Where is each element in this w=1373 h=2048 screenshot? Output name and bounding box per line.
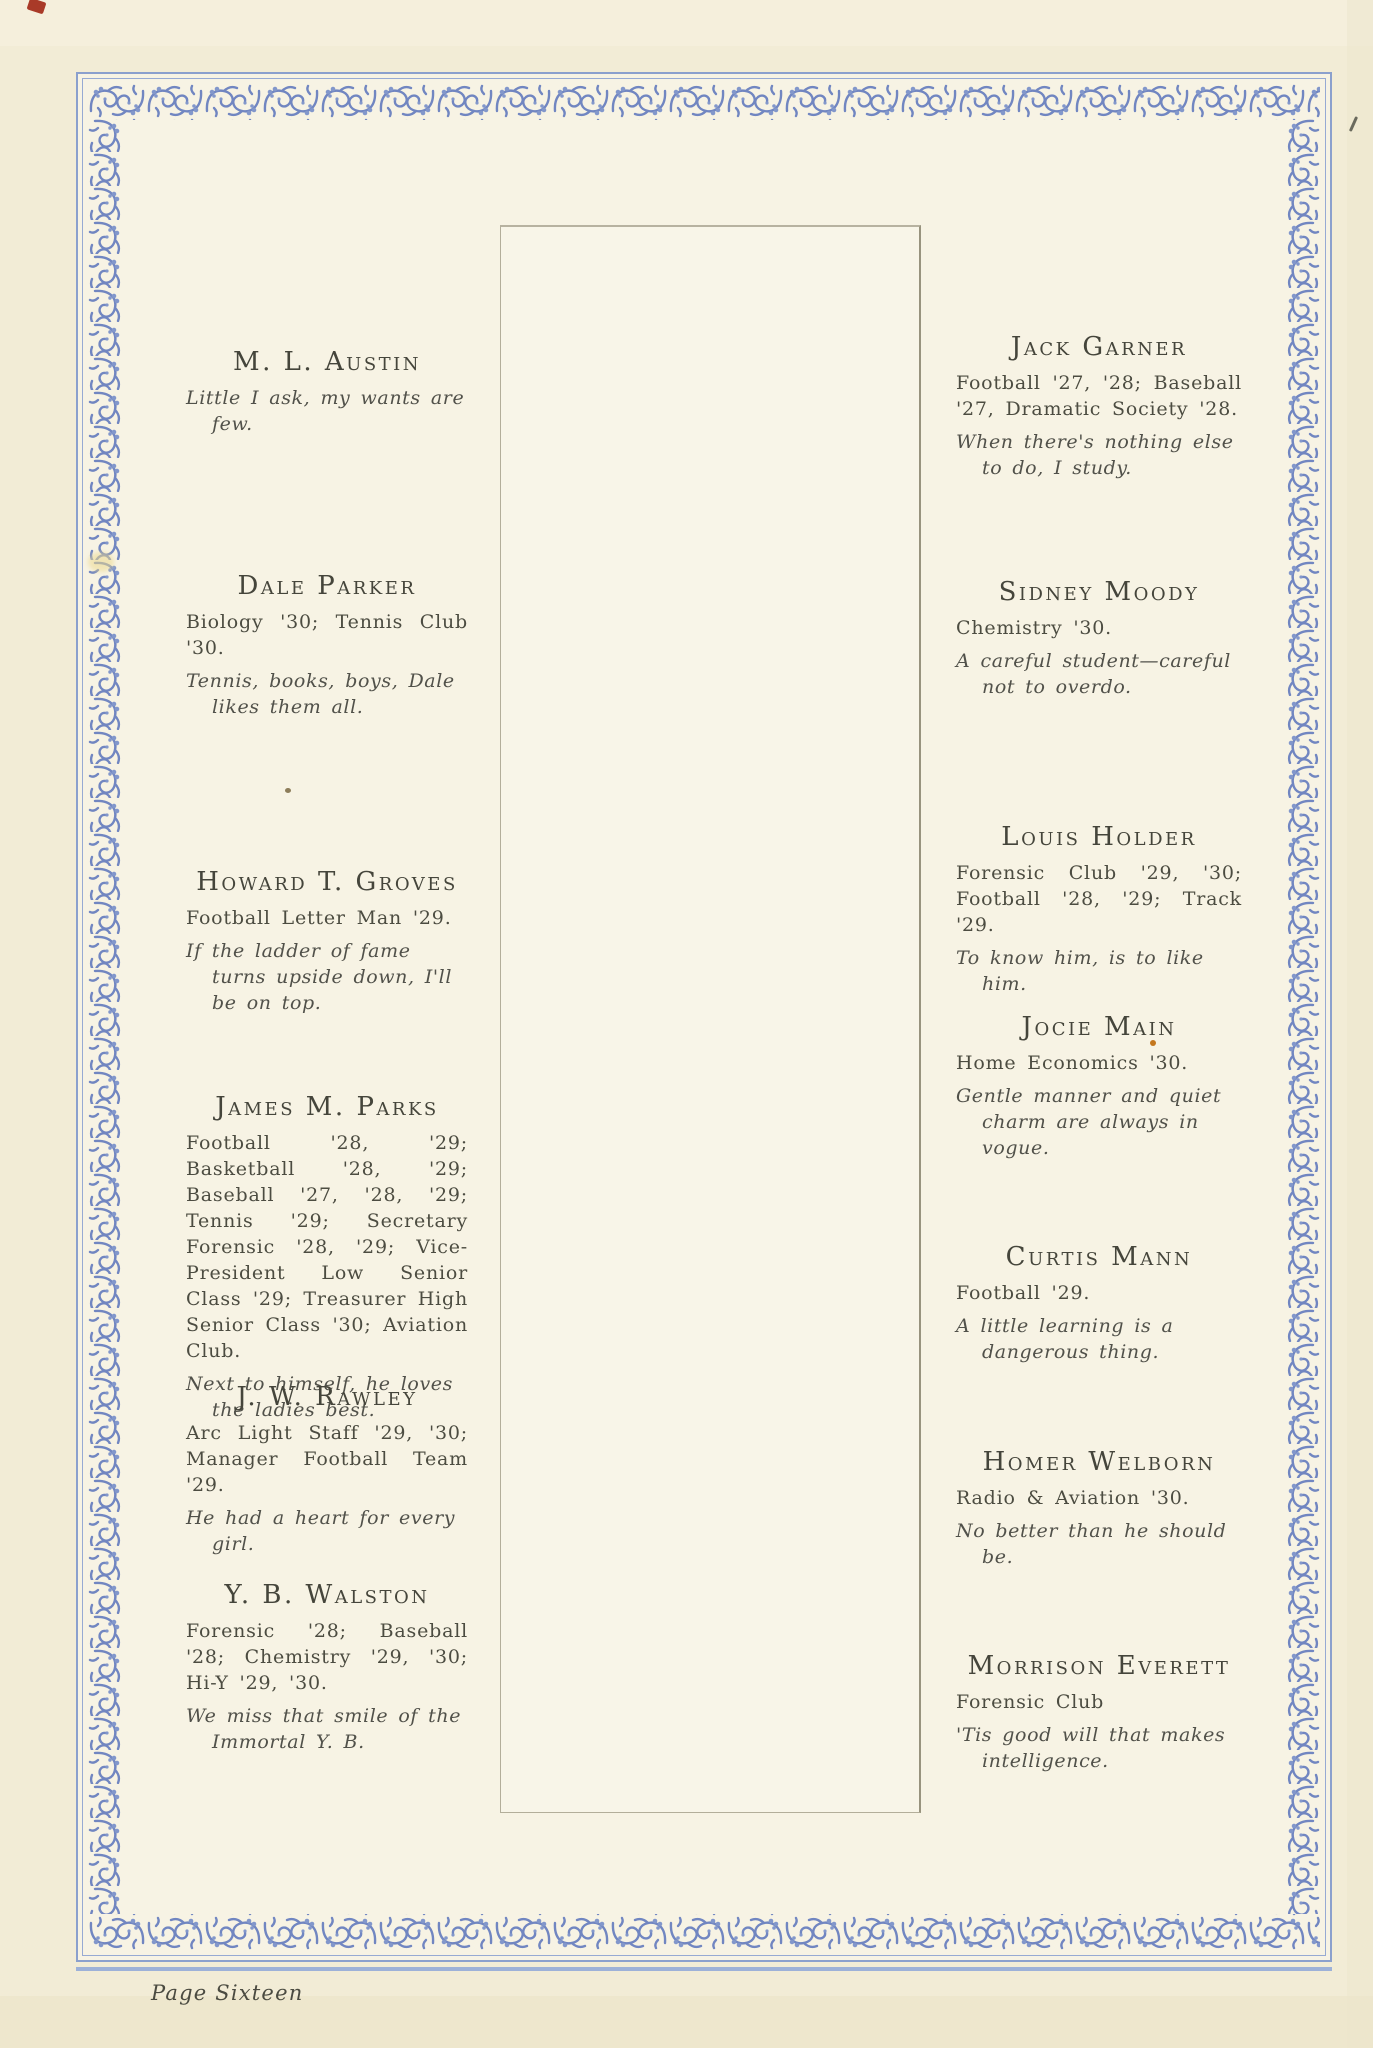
student-activities: Home Economics '30. (956, 1050, 1242, 1076)
vine-ornament-left (88, 118, 124, 1914)
student-activities: Football '28, '29; Basketball '28, '29; … (186, 1130, 468, 1364)
student-activities: Arc Light Staff '29, '30; Mana­ger Footb… (186, 1420, 468, 1498)
student-entry-groves: Howard T. Groves Football Letter Man '29… (186, 866, 468, 1016)
student-entry-holder: Louis Holder Forensic Club '29, '30; Foo… (956, 821, 1242, 997)
student-entry-walston: Y. B. Walston Forensic '28; Baseball '28… (186, 1579, 468, 1755)
student-entry-garner: Jack Garner Football '27, '28; Baseball … (956, 331, 1242, 481)
student-entry-parker: Dale Parker Biology '30; Tennis Club '30… (186, 570, 468, 720)
student-activities: Forensic '28; Baseball '28; Chemistry '2… (186, 1618, 468, 1696)
scan-shading-right (1347, 0, 1373, 2048)
scan-speck-orange (1150, 1040, 1156, 1046)
student-entry-rawley: J. W. Rawley Arc Light Staff '29, '30; M… (186, 1381, 468, 1557)
student-entry-mann: Curtis Mann Football '29. A little learn… (956, 1241, 1242, 1365)
photo-plate-empty (500, 225, 921, 1813)
student-name: James M. Parks (186, 1091, 468, 1123)
student-quote: When there's nothing else to do, I study… (956, 429, 1242, 481)
student-quote: No better than he should be. (956, 1518, 1242, 1570)
border-bottom-rule (76, 1967, 1332, 1971)
student-name: Dale Parker (186, 570, 468, 602)
student-entry-welborn: Homer Welborn Radio & Aviation '30. No b… (956, 1446, 1242, 1570)
yearbook-page: M. L. Austin Little I ask, my wants are … (0, 0, 1373, 2048)
vine-ornament-top (88, 84, 1320, 120)
student-activities: Forensic Club '29, '30; Foot­ball '28, '… (956, 860, 1242, 938)
student-quote: A careful student—careful not to overdo. (956, 648, 1242, 700)
student-name: Howard T. Groves (186, 866, 468, 898)
student-quote: Tennis, books, boys, Dale likes them all… (186, 668, 468, 720)
student-entry-moody: Sidney Moody Chemistry '30. A careful st… (956, 576, 1242, 700)
student-quote: We miss that smile of the Im­mortal Y. B… (186, 1703, 468, 1755)
student-quote: 'Tis good will that makes in­telligence. (956, 1722, 1242, 1774)
student-entry-parks: James M. Parks Football '28, '29; Basket… (186, 1091, 468, 1423)
vine-ornament-right (1284, 118, 1320, 1914)
scan-speck-dot (285, 788, 291, 793)
student-name: M. L. Austin (186, 346, 468, 378)
student-activities: Football '27, '28; Baseball '27, Dramati… (956, 370, 1242, 422)
student-quote: Little I ask, my wants are few. (186, 385, 468, 437)
student-activities: Biology '30; Tennis Club '30. (186, 609, 468, 661)
student-name: J. W. Rawley (186, 1381, 468, 1413)
student-quote: If the ladder of fame turns up­side down… (186, 938, 468, 1016)
student-entry-main: Jocie Main Home Economics '30. Gentle ma… (956, 1011, 1242, 1161)
student-activities: Radio & Aviation '30. (956, 1485, 1242, 1511)
student-activities: Forensic Club (956, 1689, 1242, 1715)
page-number: Page Sixteen (151, 1981, 303, 2005)
student-activities: Football Letter Man '29. (186, 905, 468, 931)
scan-shading-top (0, 0, 1373, 46)
student-name: Jocie Main (956, 1011, 1242, 1043)
student-name: Louis Holder (956, 821, 1242, 853)
student-quote: To know him, is to like him. (956, 945, 1242, 997)
student-entry-austin: M. L. Austin Little I ask, my wants are … (186, 346, 468, 437)
student-quote: Gentle manner and quiet charm are always… (956, 1083, 1242, 1161)
student-name: Sidney Moody (956, 576, 1242, 608)
vine-ornament-bottom (88, 1914, 1320, 1950)
student-entry-everett: Morrison Everett Forensic Club 'Tis good… (956, 1650, 1242, 1774)
student-name: Y. B. Walston (186, 1579, 468, 1611)
student-quote: A little learning is a dangerous thing. (956, 1313, 1242, 1365)
student-activities: Chemistry '30. (956, 615, 1242, 641)
student-activities: Football '29. (956, 1280, 1242, 1306)
scan-stain (88, 552, 114, 572)
student-name: Jack Garner (956, 331, 1242, 363)
student-name: Homer Welborn (956, 1446, 1242, 1478)
student-name: Curtis Mann (956, 1241, 1242, 1273)
student-name: Morrison Everett (956, 1650, 1242, 1682)
student-quote: He had a heart for every girl. (186, 1505, 468, 1557)
